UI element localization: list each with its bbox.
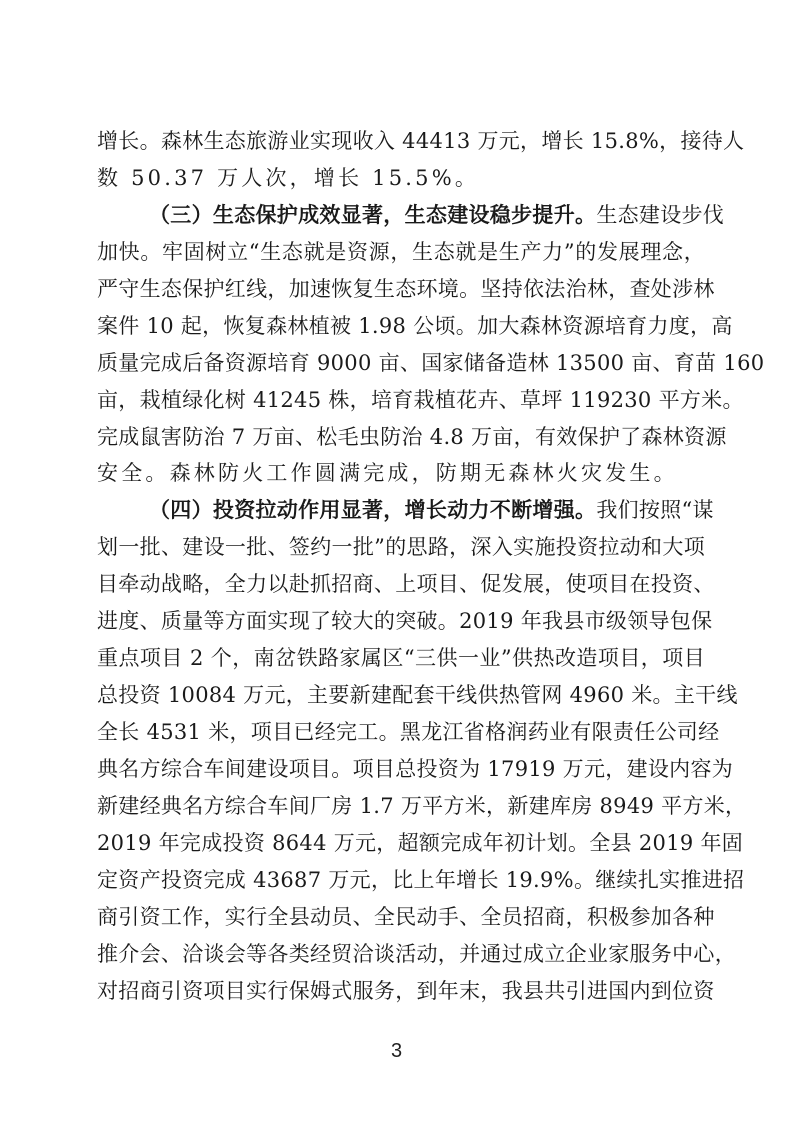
text-line: 定资产投资完成 43687 万元，比上年增长 19.9%。继续扎实推进招 bbox=[97, 862, 705, 899]
section-heading-3: （三）生态保护成效显著，生态建设稳步提升。 bbox=[149, 203, 596, 227]
text-line: 严守生态保护红线，加速恢复生态环境。坚持依法治林，查处涉林 bbox=[97, 271, 705, 308]
text-line: 案件 10 起，恢复森林植被 1.98 公顷。加大森林资源培育力度，高 bbox=[97, 308, 705, 345]
section-heading-line: （三）生态保护成效显著，生态建设稳步提升。生态建设步伐 bbox=[97, 197, 705, 234]
text-line: 典名方综合车间建设项目。项目总投资为 17919 万元，建设内容为 bbox=[97, 751, 705, 788]
text-line: 总投资 10084 万元，主要新建配套干线供热管网 4960 米。主干线 bbox=[97, 677, 705, 714]
text-fragment: 生态建设步伐 bbox=[596, 203, 724, 227]
document-page: 增长。森林生态旅游业实现收入 44413 万元，增长 15.8%，接待人 数 5… bbox=[0, 0, 793, 1122]
text-line: 加快。牢固树立“生态就是资源，生态就是生产力”的发展理念， bbox=[97, 234, 705, 271]
text-line: 完成鼠害防治 7 万亩、松毛虫防治 4.8 万亩，有效保护了森林资源 bbox=[97, 419, 705, 456]
text-line: 新建经典名方综合车间厂房 1.7 万平方米，新建库房 8949 平方米， bbox=[97, 788, 705, 825]
text-line: 数 50.37 万人次，增长 15.5%。 bbox=[97, 160, 705, 197]
text-line: 重点项目 2 个，南岔铁路家属区“三供一业”供热改造项目，项目 bbox=[97, 640, 705, 677]
text-fragment: 我们按照“谋 bbox=[596, 498, 714, 522]
text-line: 目牵动战略，全力以赴抓招商、上项目、促发展，使项目在投资、 bbox=[97, 566, 705, 603]
text-line: 安全。森林防火工作圆满完成，防期无森林火灾发生。 bbox=[97, 455, 705, 492]
section-heading-line: （四）投资拉动作用显著，增长动力不断增强。我们按照“谋 bbox=[97, 492, 705, 529]
text-line: 2019 年完成投资 8644 万元，超额完成年初计划。全县 2019 年固 bbox=[97, 825, 705, 862]
text-line: 商引资工作，实行全县动员、全民动手、全员招商，积极参加各种 bbox=[97, 899, 705, 936]
text-line: 划一批、建设一批、签约一批”的思路，深入实施投资拉动和大项 bbox=[97, 529, 705, 566]
text-line: 质量完成后备资源培育 9000 亩、国家储备造林 13500 亩、育苗 160 bbox=[97, 345, 705, 382]
text-line: 全长 4531 米，项目已经完工。黑龙江省格润药业有限责任公司经 bbox=[97, 714, 705, 751]
text-line: 推介会、洽谈会等各类经贸洽谈活动，并通过成立企业家服务中心， bbox=[97, 936, 705, 973]
text-line: 进度、质量等方面实现了较大的突破。2019 年我县市级领导包保 bbox=[97, 603, 705, 640]
text-line: 亩，栽植绿化树 41245 株，培育栽植花卉、草坪 119230 平方米。 bbox=[97, 382, 705, 419]
body-text: 增长。森林生态旅游业实现收入 44413 万元，增长 15.8%，接待人 数 5… bbox=[97, 123, 705, 1010]
text-line: 增长。森林生态旅游业实现收入 44413 万元，增长 15.8%，接待人 bbox=[97, 123, 705, 160]
page-number: 3 bbox=[0, 1040, 793, 1063]
text-line: 对招商引资项目实行保姆式服务，到年末，我县共引进国内到位资 bbox=[97, 973, 705, 1010]
section-heading-4: （四）投资拉动作用显著，增长动力不断增强。 bbox=[149, 498, 596, 522]
